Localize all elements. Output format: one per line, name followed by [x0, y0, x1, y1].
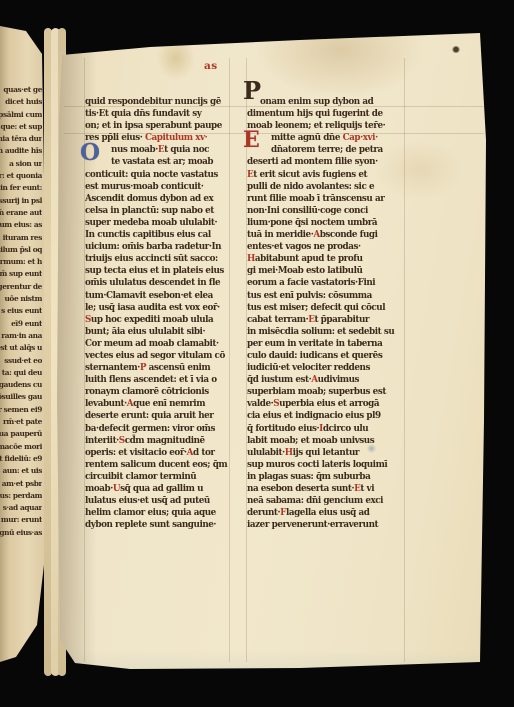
text-line: cia eius et indignacio eius pl9: [247, 410, 405, 422]
text-line: entes·et vagos ne prodas·: [247, 241, 405, 253]
text-line: tum·Clamavit esebon·et elea: [85, 290, 231, 302]
text-line: deserti ad montem filie syon·: [247, 156, 405, 168]
body-text: ululabit·: [247, 448, 285, 458]
running-title: as: [204, 60, 234, 72]
text-line: superbiam moab; superbus est: [247, 386, 405, 398]
facing-fragment-line: aun: et uis: [0, 465, 42, 477]
facing-fragment-line: est ut alq̄s u: [0, 342, 42, 354]
facing-fragment-line: aus: perdam: [0, 490, 42, 502]
text-line: eorum a facie vastatoris·Fini: [247, 277, 405, 289]
text-line: iazer pervenerunt·erraverunt: [247, 519, 405, 531]
text-line: q̄ fortitudo eius·Idcirco ulu: [247, 423, 405, 435]
facing-fragment-line: a sion ur: [0, 158, 42, 170]
versal-P-ponam: P: [243, 79, 261, 103]
facing-fragment-line: s eius eunt: [0, 305, 42, 317]
body-text: q̄ fortitudo eius·: [247, 424, 319, 434]
text-line: q̄d iustum est·Audivimus: [247, 374, 405, 386]
body-text: derunt·: [247, 508, 280, 518]
body-text: vectes eius ad segor vitulam cō: [85, 351, 225, 361]
body-text: cia eius et indignacio eius pl9: [247, 411, 381, 421]
text-line: super medeba moab ululabit·: [85, 217, 231, 229]
body-text: neā sabama: dn̄i gencium exci: [247, 496, 383, 506]
text-line: pulli de nido avolantes: sic e: [247, 181, 405, 193]
text-line: dimentum hijs qui fugerint de: [247, 108, 405, 120]
facing-fragment-line: m̄ erane aut: [0, 207, 42, 219]
facing-fragment-line: m̄ audite hīs: [0, 145, 42, 157]
body-text: triuijs eius accincti sūt sacco:: [85, 254, 218, 264]
text-line: luith flens ascendet: et ī via o: [85, 374, 231, 386]
body-text: na esebon deserta sunt·: [247, 484, 354, 494]
text-column-right: onam enim sup dybon addimentum hijs qui …: [247, 96, 405, 531]
body-text: tuā in meridie·: [247, 230, 313, 240]
body-text: onam enim sup dybon ad: [260, 97, 373, 107]
text-line: tis·Et quia dn̄s fundavit sy: [85, 108, 231, 120]
text-line: ululabit·Hijs qui letantur: [247, 447, 405, 459]
text-line: uicium: om̄is barba radetur·In: [85, 241, 231, 253]
body-text: te vastata est ar; moab: [111, 157, 213, 167]
facing-fragment-line: nia tēra dur: [0, 133, 42, 145]
body-text: moab·: [85, 484, 113, 494]
facing-fragment-line: uōe nistm: [0, 293, 42, 305]
text-line: gi mei·Moab esto latibulū: [247, 265, 405, 277]
rubric-text: Capitulum xv·: [145, 133, 207, 143]
text-line: labit moab; et moab univsus: [247, 435, 405, 447]
body-text: mitte agnū dn̄e: [271, 133, 343, 143]
body-text: d tor: [193, 448, 215, 458]
text-line: te vastata est ar; moab: [85, 156, 231, 168]
manuscript-page: as quid respondebitur nuncijs gētis·Et q…: [0, 0, 514, 707]
body-text: udivimus: [318, 375, 359, 385]
text-line: deserte erunt: quia aruit her: [85, 410, 231, 422]
text-line: ronaym clamorē cōtricionis: [85, 386, 231, 398]
body-text: sq̄ qua ad gallim u: [120, 484, 203, 494]
body-text: levabunt·: [85, 399, 127, 409]
body-text: deserti ad montem filie syon·: [247, 157, 378, 167]
text-line: est murus·moab conticuit·: [85, 181, 231, 193]
facing-fragment-line: s ta: qui deu: [0, 367, 42, 379]
text-line: cabat terram·Et p̄parabitur: [247, 314, 405, 326]
body-text: up hoc expediti moab ulula: [91, 315, 213, 325]
text-line: Cor meum ad moab clamabit·: [85, 338, 231, 350]
body-text: ascensū enim: [146, 363, 210, 373]
facing-fragment-line: gnū eius·as: [0, 527, 42, 539]
body-text: helim clamor eius; quia aque: [85, 508, 216, 518]
text-line: om̄is ululatus descendet in fle: [85, 277, 231, 289]
body-text: le; usq̄ iasa audita est vox eor̄·: [85, 303, 220, 313]
facing-fragment-line: rm̄·et pate: [0, 416, 42, 428]
body-text: in misēcdia solium: et sedebit su: [247, 327, 394, 337]
body-text: luith flens ascendet: et ī via o: [85, 375, 217, 385]
body-text: t vi: [360, 484, 374, 494]
text-line: lulatus eius·et usq̄ ad puteū: [85, 495, 231, 507]
text-line: onam enim sup dybon ad: [247, 96, 405, 108]
body-text: dn̄atorem terre; de petra: [271, 145, 383, 155]
text-line: mitte agnū dn̄e Cap·xvi·: [247, 132, 405, 144]
body-text: cd̄m magnitudinē: [125, 436, 205, 446]
body-text: lulatus eius·et usq̄ ad puteū: [85, 496, 210, 506]
body-text: quid respondebitur nuncijs gē: [85, 97, 221, 107]
facing-fragment-line: gaudens cu: [0, 379, 42, 391]
body-text: pulli de nido avolantes: sic e: [247, 182, 374, 192]
text-line: res pp̄li eius· Capitulum xv·: [85, 132, 231, 144]
text-line: tuā in meridie·Absconde fugi: [247, 229, 405, 241]
text-line: In cunctis capitibus eius cal: [85, 229, 231, 241]
body-text: super medeba moab ululabit·: [85, 218, 217, 228]
text-line: runt filie moab ī trānscensu ar: [247, 193, 405, 205]
body-text: bunt; āia eius ululabit sibi·: [85, 327, 205, 337]
body-text: deserte erunt: quia aruit her: [85, 411, 213, 421]
body-text: tum·Clamavit esebon·et elea: [85, 291, 213, 301]
body-text: celsa in planctū: sup nabo et: [85, 206, 214, 216]
body-text: valde·: [247, 399, 273, 409]
text-line: derunt·Flagella eius usq̄ ad: [247, 507, 405, 519]
body-text: ijs qui letantur: [293, 448, 359, 458]
body-text: om̄is ululatus descendet in fle: [85, 278, 220, 288]
text-line: rentem salicum ducent eos; q̄m: [85, 459, 231, 471]
body-text: cabat terram·: [247, 315, 308, 325]
facing-fragment-line: r semen ei9: [0, 404, 42, 416]
facing-fragment-line: quas·et ge: [0, 84, 42, 96]
body-text: interiit·: [85, 436, 119, 446]
body-text: moab leonem; et reliquijs ter̄e·: [247, 121, 385, 131]
text-line: levabunt·Aque enī nemrim: [85, 398, 231, 410]
text-line: triuijs eius accincti sūt sacco:: [85, 253, 231, 265]
text-column-left: quid respondebitur nuncijs gētis·Et quia…: [85, 96, 231, 531]
manuscript-photo: quas·et gedicet huispsālmi cumque: et su…: [0, 0, 514, 707]
text-line: nus moab·Et quia noc: [85, 144, 231, 156]
text-line: lium·pone q̄si noctem umbrā: [247, 217, 405, 229]
wormhole-spot: [452, 46, 460, 53]
initial-O-onus: O: [80, 141, 100, 164]
text-line: tus est enī pulvis: cōsumma: [247, 290, 405, 302]
body-text: labit moab; et moab univsus: [247, 436, 374, 446]
rubric-text: H: [247, 254, 255, 264]
facing-fragment-line: silum p̄sl oq: [0, 244, 42, 256]
body-text: lium·pone q̄si noctem umbrā: [247, 218, 377, 228]
rubric-text: H: [285, 448, 293, 458]
body-text: dimentum hijs qui fugerint de: [247, 109, 383, 119]
facing-fragment-line: r: et quonia: [0, 170, 42, 182]
facing-fragment-line: dicet huis: [0, 96, 42, 108]
body-text: In cunctis capitibus eius cal: [85, 230, 211, 240]
text-line: celsa in planctū: sup nabo et: [85, 205, 231, 217]
body-text: t erit sicut avis fugiens et: [253, 170, 367, 180]
text-line: per eum in veritate in taberna: [247, 338, 405, 350]
body-text: iazer pervenerunt·erraverunt: [247, 520, 378, 530]
text-line: operis: et visitacio eor̄·Ad tor: [85, 447, 231, 459]
body-text: abitabunt apud te profu: [255, 254, 363, 264]
text-line: dybon replete sunt sanguine·: [85, 519, 231, 531]
text-line: bunt; āia eius ululabit sibi·: [85, 326, 231, 338]
facing-fragment-line: ssud·et eo: [0, 355, 42, 367]
facing-page-text-fragments: quas·et gedicet huispsālmi cumque: et su…: [0, 84, 42, 554]
text-line: na esebon deserta sunt·Et vi: [247, 483, 405, 495]
body-text: lagella eius usq̄ ad: [286, 508, 369, 518]
body-text: conticuit: quia nocte vastatus: [85, 170, 218, 180]
facing-fragment-line: gerentur de: [0, 281, 42, 293]
body-text: Cor meum ad moab clamabit·: [85, 339, 219, 349]
body-text: on; et in ipsa sperabunt paupe: [85, 121, 222, 131]
body-text: dybon replete sunt sanguine·: [85, 520, 216, 530]
text-line: on; et in ipsa sperabunt paupe: [85, 120, 231, 132]
body-text: tus est enī pulvis: cōsumma: [247, 291, 372, 301]
body-text: rentem salicum ducent eos; q̄m: [85, 460, 227, 470]
facing-fragment-line: ram·in ana: [0, 330, 42, 342]
body-text: gi mei·Moab esto latibulū: [247, 266, 362, 276]
text-line: vectes eius ad segor vitulam cō: [85, 350, 231, 362]
text-line: quid respondebitur nuncijs gē: [85, 96, 231, 108]
facing-fragment-line: s·ad aquar: [0, 502, 42, 514]
body-text: per eum in veritate in taberna: [247, 339, 382, 349]
facing-fragment-line: eī9 eunt: [0, 318, 42, 330]
body-text: t quia noc: [164, 145, 209, 155]
facing-fragment-line: ua pauperū: [0, 428, 42, 440]
text-line: valde·Superbia eius et arrogā: [247, 398, 405, 410]
text-line: moab leonem; et reliquijs ter̄e·: [247, 120, 405, 132]
body-text: sup tecta eius et in plateis eius: [85, 266, 224, 276]
body-text: q̄d iustum est·: [247, 375, 311, 385]
facing-fragment-line: gum eius: as: [0, 219, 42, 231]
text-line: Habitabunt apud te profu: [247, 253, 405, 265]
body-text: Ascendit domus dybon ad ex: [85, 194, 213, 204]
facing-fragment-line: am·et psbr: [0, 478, 42, 490]
body-text: tus est miser; defecit qui cōcul: [247, 303, 385, 313]
body-text: sternantem·: [85, 363, 140, 373]
text-line: non·Ini consiliū·coge conci: [247, 205, 405, 217]
initial-E-emitte: E: [243, 129, 260, 151]
text-line: iudiciū·et velociter reddens: [247, 362, 405, 374]
body-text: runt filie moab ī trānscensu ar: [247, 194, 384, 204]
text-line: tus est miser; defecit qui cōcul: [247, 302, 405, 314]
facing-fragment-line: in fer eunt:: [0, 182, 42, 194]
text-line: dn̄atorem terre; de petra: [247, 144, 405, 156]
text-line: culo dauid: iudicans et querēs: [247, 350, 405, 362]
text-line: in misēcdia solium: et sedebit su: [247, 326, 405, 338]
body-text: eorum a facie vastatoris·Fini: [247, 278, 375, 288]
body-text: non·Ini consiliū·coge conci: [247, 206, 368, 216]
body-text: est murus·moab conticuit·: [85, 182, 204, 192]
facing-fragment-line: ituram res: [0, 232, 42, 244]
facing-fragment-line: psālmi cum: [0, 109, 42, 121]
text-line: le; usq̄ iasa audita est vox eor̄·: [85, 302, 231, 314]
body-text: in plagas suas: q̄m suburba: [247, 472, 370, 482]
text-line: conticuit: quia nocte vastatus: [85, 169, 231, 181]
body-text: circuibit clamor terminū: [85, 472, 196, 482]
body-text: ronaym clamorē cōtricionis: [85, 387, 209, 397]
body-text: sup muros cocti lateris loquimī: [247, 460, 387, 470]
facing-fragment-line: m̄ sup eunt: [0, 268, 42, 280]
body-text: entes·et vagos ne prodas·: [247, 242, 361, 252]
text-line: sternantem·P ascensū enim: [85, 362, 231, 374]
body-text: iudiciū·et velociter reddens: [247, 363, 370, 373]
text-line: Ascendit domus dybon ad ex: [85, 193, 231, 205]
text-line: helim clamor eius; quia aque: [85, 507, 231, 519]
facing-fragment-line: macōe mori: [0, 441, 42, 453]
text-line: Sup hoc expediti moab ulula: [85, 314, 231, 326]
text-line: interiit·Scd̄m magnitudinē: [85, 435, 231, 447]
body-text: operis: et visitacio eor̄·: [85, 448, 187, 458]
facing-fragment-line: rmum: et h: [0, 256, 42, 268]
text-line: circuibit clamor terminū: [85, 471, 231, 483]
body-text: tis·Et quia dn̄s fundavit sy: [85, 109, 201, 119]
facing-fragment-line: ut fideliū: e9: [0, 453, 42, 465]
facing-fragment-line: cōsuilles gau: [0, 391, 42, 403]
text-line: Et erit sicut avis fugiens et: [247, 169, 405, 181]
text-line: sup tecta eius et in plateis eius: [85, 265, 231, 277]
text-line: sup muros cocti lateris loquimī: [247, 459, 405, 471]
body-text: nus moab·: [111, 145, 158, 155]
body-text: bsconde fugi: [320, 230, 378, 240]
rubric-text: Cap·xvi·: [343, 133, 378, 143]
body-text: culo dauid: iudicans et querēs: [247, 351, 382, 361]
rubric-text: U: [113, 484, 120, 494]
text-line: ba·defecit germen: viror om̄s: [85, 423, 231, 435]
body-text: uicium: om̄is barba radetur·In: [85, 242, 221, 252]
body-text: dcirco ulu: [323, 424, 368, 434]
body-text: ba·defecit germen: viror om̄s: [85, 424, 215, 434]
body-text: uperbia eius et arrogā: [279, 399, 379, 409]
facing-fragment-line: mur: erunt: [0, 514, 42, 526]
body-text: t p̄parabitur: [314, 315, 369, 325]
body-text: superbiam moab; superbus est: [247, 387, 386, 397]
facing-fragment-line: que: et sup: [0, 121, 42, 133]
text-line: moab·Usq̄ qua ad gallim u: [85, 483, 231, 495]
text-line: in plagas suas: q̄m suburba: [247, 471, 405, 483]
text-line: neā sabama: dn̄i gencium exci: [247, 495, 405, 507]
facing-fragment-line: assurij in psl: [0, 195, 42, 207]
body-text: que enī nemrim: [133, 399, 205, 409]
